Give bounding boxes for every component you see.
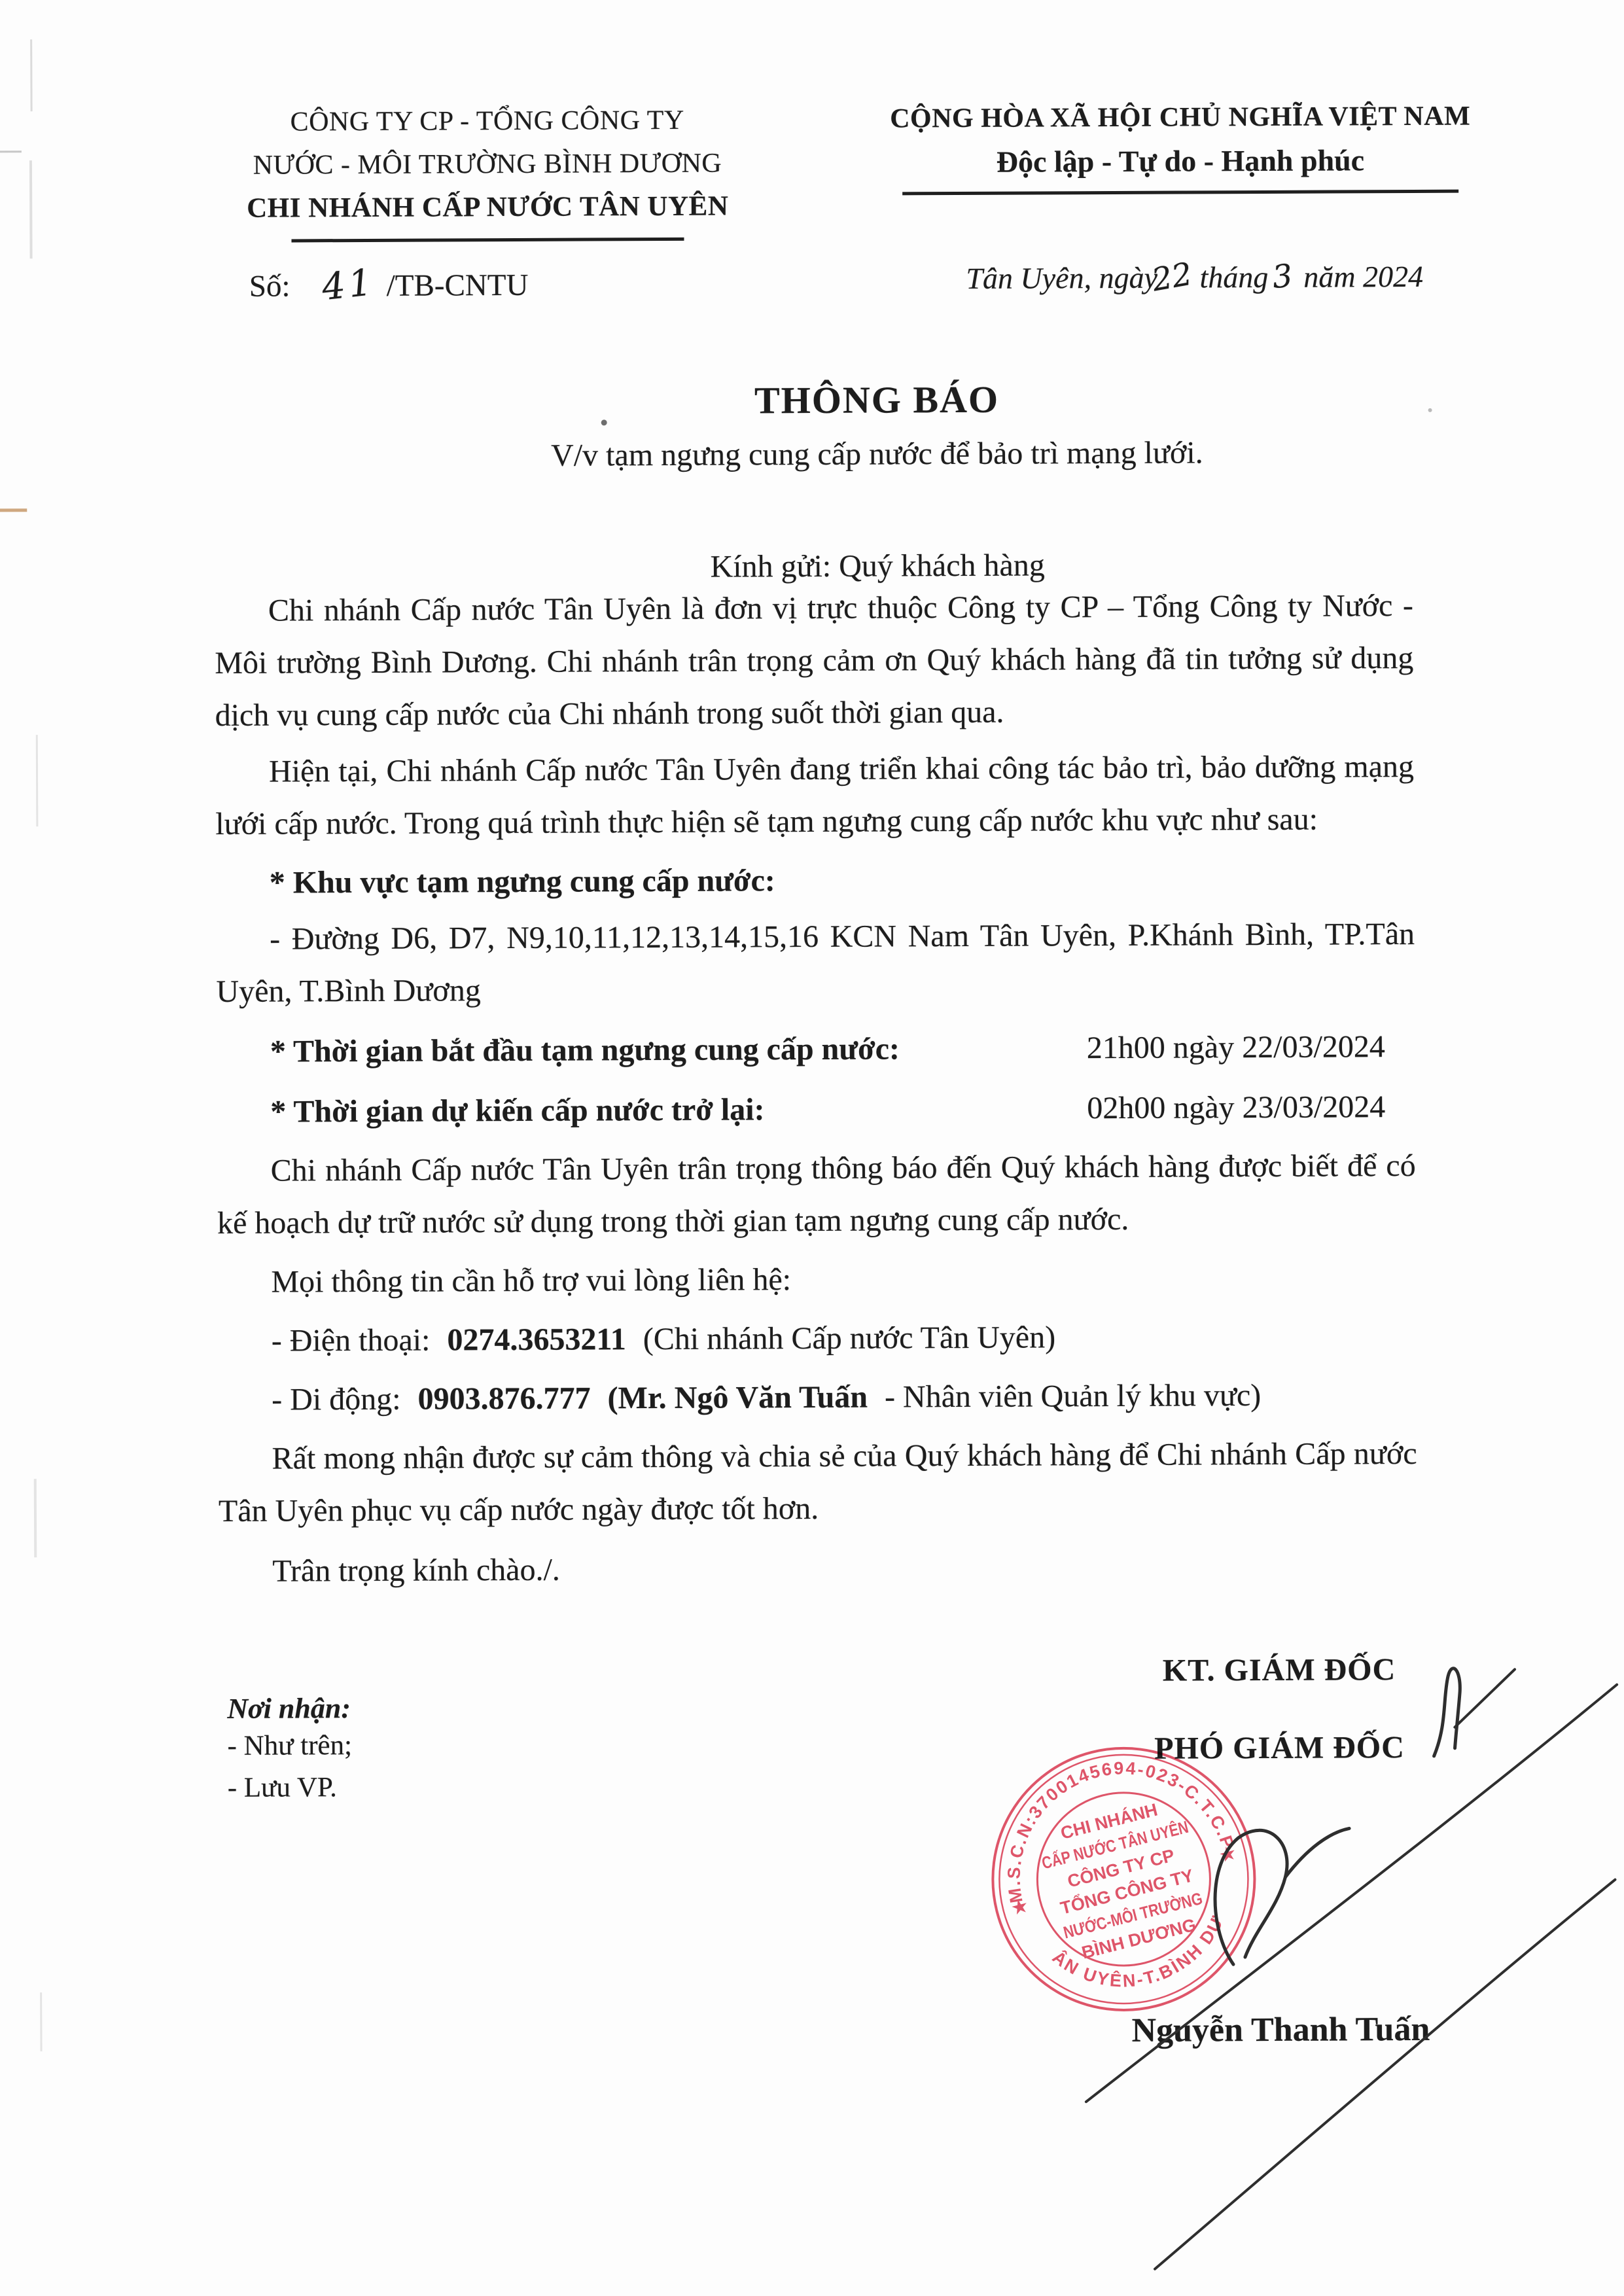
phone-number: 0274.3653211 <box>447 1322 626 1357</box>
document-number: Số:41/TB-CNTU <box>249 262 529 306</box>
scan-artifact <box>0 508 27 512</box>
scan-artifact-dot <box>1428 408 1432 412</box>
mobile-label: - Di động: <box>272 1382 401 1417</box>
place-dateline: Tân Uyên, ngày22 tháng3 năm 2024 <box>848 257 1542 297</box>
support-intro: Mọi thông tin cần hỗ trợ vui lòng liên h… <box>271 1251 1416 1309</box>
paragraph-apology: Rất mong nhận được sự cảm thông và chia … <box>218 1428 1417 1538</box>
scan-artifact <box>36 735 39 826</box>
recipients-block: Nơi nhận: - Như trên; - Lưu VP. <box>227 1691 352 1809</box>
scanned-notice-document: CÔNG TY CP - TỔNG CÔNG TY NƯỚC - MÔI TRƯ… <box>0 0 1624 2296</box>
dateline-suffix: năm 2024 <box>1303 260 1423 294</box>
document-number-label: Số: <box>249 269 291 303</box>
document-title: THÔNG BÁO <box>132 375 1621 425</box>
national-title: CỘNG HÒA XÃ HỘI CHỦ NGHĨA VIỆT NAM <box>833 95 1528 140</box>
time-start-value: 21h00 ngày 22/03/2024 <box>1087 1021 1385 1074</box>
time-end-value: 02h00 ngày 23/03/2024 <box>1087 1081 1385 1135</box>
time-start-row: * Thời gian bắt đầu tạm ngưng cung cấp n… <box>217 1021 1415 1078</box>
scan-artifact <box>29 160 33 258</box>
scan-artifact <box>0 150 22 152</box>
document-subject: V/v tạm ngưng cung cấp nước để bảo trì m… <box>132 433 1622 476</box>
scan-artifact-dot <box>601 419 607 425</box>
issuer-underline <box>291 238 684 243</box>
dateline-prefix: Tân Uyên, ngày <box>966 261 1157 295</box>
signature-loop-tail <box>1285 1828 1349 1877</box>
recipients-heading: Nơi nhận: <box>227 1691 352 1725</box>
issuer-parent-company-line1: CÔNG TY CP - TỔNG CÔNG TY <box>205 98 770 144</box>
national-motto-block: CỘNG HÒA XÃ HỘI CHỦ NGHĨA VIỆT NAM Độc l… <box>833 95 1528 196</box>
document-number-handwritten: 41 <box>319 261 377 309</box>
time-start-label: * Thời gian bắt đầu tạm ngưng cung cấp n… <box>270 1031 900 1069</box>
issuer-branch-name: CHI NHÁNH CẤP NƯỚC TÂN UYÊN <box>205 185 770 230</box>
phone-note: (Chi nhánh Cấp nước Tân Uyên) <box>643 1320 1056 1356</box>
company-seal-stamp: M.S.C.N:3700145694-023-C.T.C.P TP.TÂN UY… <box>987 1742 1261 2016</box>
title-block: THÔNG BÁO V/v tạm ngưng cung cấp nước để… <box>0 375 1622 476</box>
recipient-item: - Lưu VP. <box>228 1767 353 1809</box>
scan-artifact <box>34 1479 37 1557</box>
paragraph-intro: Chi nhánh Cấp nước Tân Uyên là đơn vị tr… <box>215 580 1414 742</box>
paragraph-notice: Chi nhánh Cấp nước Tân Uyên trân trọng t… <box>217 1140 1417 1250</box>
mobile-note: - Nhân viên Quản lý khu vực) <box>885 1378 1261 1415</box>
document-number-suffix: /TB-CNTU <box>387 268 529 303</box>
stamp-star-left-icon: ★ <box>1008 1895 1031 1920</box>
motto-underline <box>902 190 1458 196</box>
phone-row: - Điện thoại: 0274.3653211 (Chi nhánh Cấ… <box>272 1310 1417 1368</box>
time-end-label: * Thời gian dự kiến cấp nước trở lại: <box>270 1092 764 1129</box>
scan-artifact <box>30 39 32 111</box>
issuer-parent-company-line2: NƯỚC - MÔI TRƯỜNG BÌNH DƯƠNG <box>205 141 770 187</box>
paragraph-maintenance: Hiện tại, Chi nhánh Cấp nước Tân Uyên đa… <box>215 741 1415 851</box>
signer-name: Nguyễn Thanh Tuấn <box>1015 2009 1545 2051</box>
scan-artifact <box>40 1992 42 2051</box>
issuer-block: CÔNG TY CP - TỔNG CÔNG TY NƯỚC - MÔI TRƯ… <box>205 98 771 243</box>
phone-label: - Điện thoại: <box>272 1323 431 1358</box>
body-content: Chi nhánh Cấp nước Tân Uyên là đơn vị tr… <box>215 580 1418 1598</box>
signer-title-acting: KT. GIÁM ĐỐC <box>1014 1651 1544 1689</box>
mobile-number: 0903.876.777 <box>417 1381 590 1416</box>
area-detail: - Đường D6, D7, N9,10,11,12,13,14,15,16 … <box>216 908 1415 1018</box>
dateline-mid: tháng <box>1199 260 1268 294</box>
dateline-day-handwritten: 22 <box>1149 256 1195 299</box>
mobile-row: - Di động: 0903.876.777 (Mr. Ngô Văn Tuấ… <box>272 1369 1417 1426</box>
mobile-contact-name: (Mr. Ngô Văn Tuấn <box>607 1380 868 1416</box>
recipient-item: - Như trên; <box>227 1725 352 1767</box>
time-end-row: * Thời gian dự kiến cấp nước trở lại: 02… <box>217 1081 1415 1139</box>
closing-line: Trân trọng kính chào./. <box>219 1540 1417 1598</box>
dateline-month-handwritten: 3 <box>1270 257 1294 296</box>
national-motto: Độc lập - Tự do - Hạnh phúc <box>833 137 1528 186</box>
area-heading: * Khu vực tạm ngưng cung cấp nước: <box>270 852 1415 910</box>
